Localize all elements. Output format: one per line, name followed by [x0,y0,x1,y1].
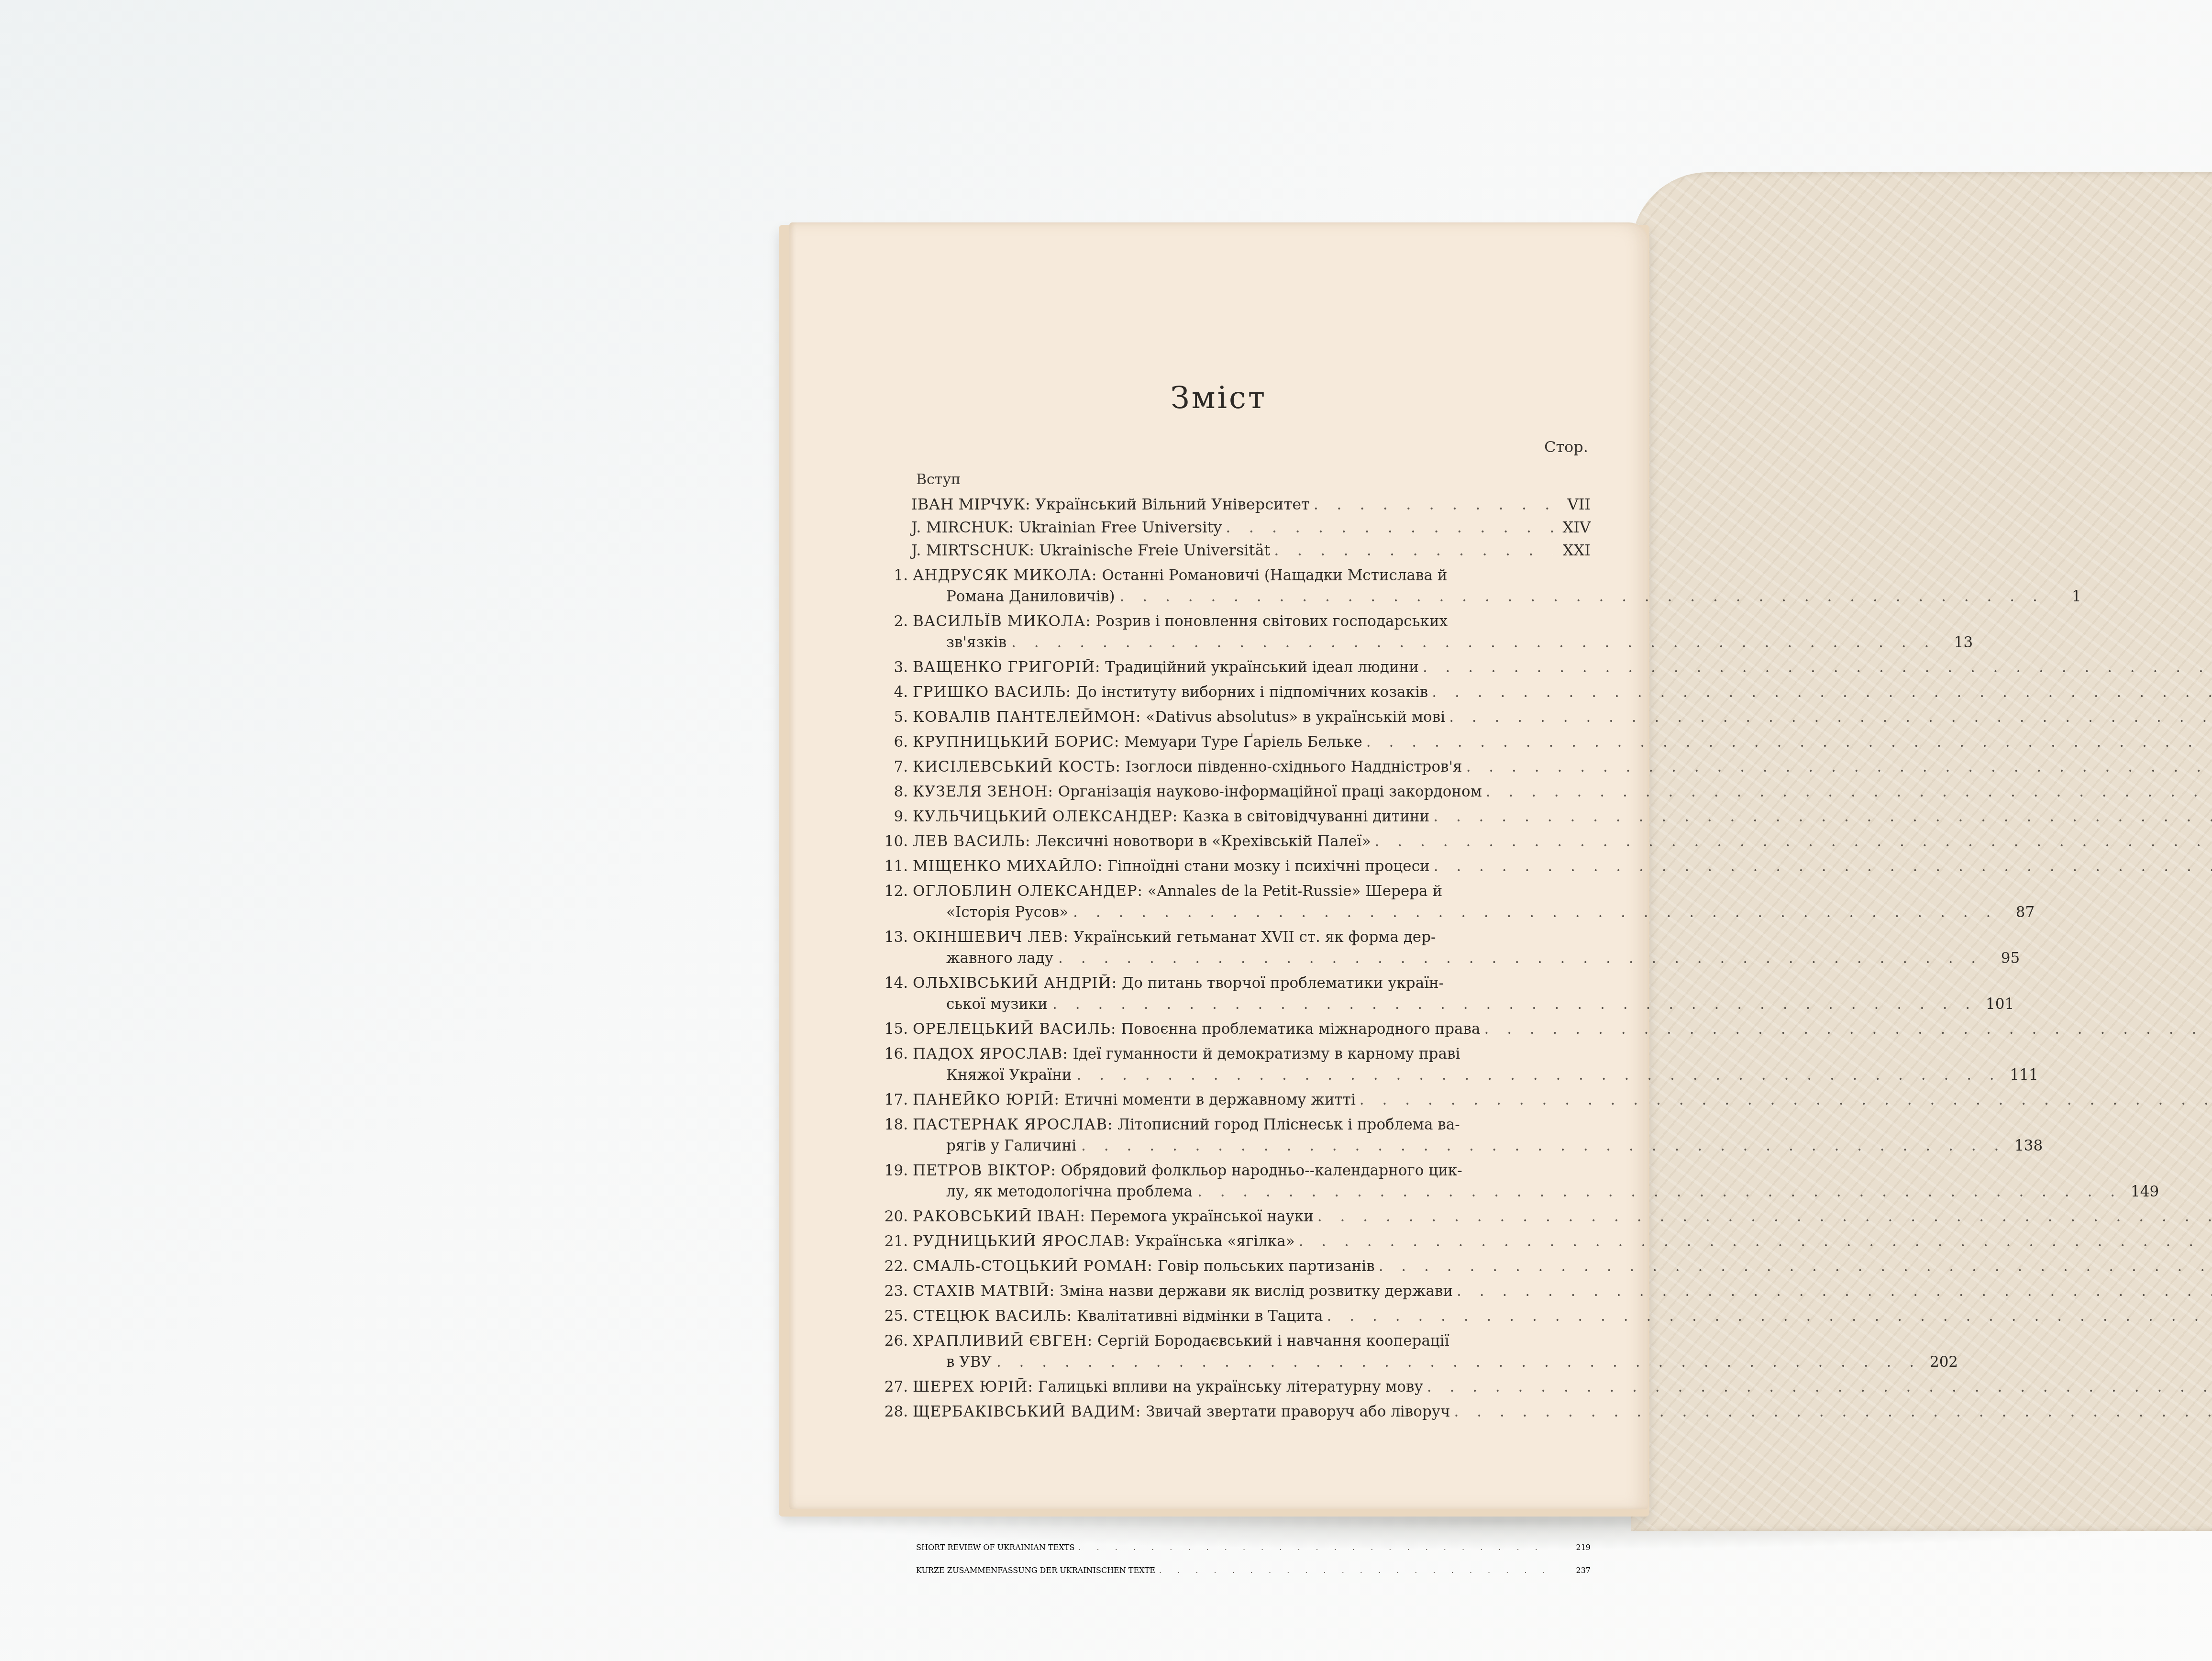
page-number: 219 [1557,1543,1591,1552]
front-matter: ІВАН МІРЧУК: Український Вільний Універс… [911,495,1591,564]
entry-title: Українська «ягілка» [1135,1233,1295,1250]
page-number: XXI [1557,541,1591,559]
entry-number: 4. [875,684,913,705]
entry-number: 15. [875,1020,913,1041]
entry-author: СТАХІВ МАТВІЙ: [913,1283,1055,1300]
entry-title: Звичай звертати праворуч або ліворуч [1146,1403,1450,1420]
entry-title: Галицькі впливи на українську літературн… [1038,1378,1423,1395]
page-number: 95 [1986,950,2020,971]
entry-title: Квалітативні відмінки в Тацита [1077,1307,1323,1325]
entry-author: ВАЩЕНКО ГРИГОРІЙ: [913,659,1101,676]
page-number: 13 [1939,634,1973,655]
entry-number: 26. [875,1332,913,1374]
entry-title: Український гетьманат XVII ст. як форма … [1073,929,1436,946]
entry-title-cont: в УВУ [946,1353,992,1374]
toc-entry[interactable]: 28.ЩЕРБАКІВСЬКИЙ ВАДИМ: Звичай звертати … [875,1403,1591,1424]
entry-author: СТЕЦЮК ВАСИЛЬ: [913,1307,1072,1325]
back-matter: SHORT REVIEW OF UKRAINIAN TEXTS . . . . … [916,1543,1591,1589]
page-column-label: Стор. [1544,438,1588,456]
entry-author: РУДНИЦЬКИЙ ЯРОСЛАВ: [913,1233,1130,1250]
entry-title: Останні Романовичі (Нащадки Мстислава й [1102,567,1447,584]
entry-number: 6. [875,733,913,754]
page-number: 101 [1980,996,2014,1017]
entry-title-cont: ської музики [946,996,1048,1017]
toc-back-item[interactable]: SHORT REVIEW OF UKRAINIAN TEXTS . . . . … [916,1543,1591,1566]
page-number: VII [1557,495,1591,513]
entry-number: 7. [875,758,913,779]
page-number: 202 [1924,1353,1958,1374]
toc-entry[interactable]: 22.СМАЛЬ-СТОЦЬКИЙ РОМАН: Говір польських… [875,1258,1591,1279]
entry-title: Зміна назви держави як вислід розвитку д… [1060,1283,1453,1300]
entry-title: Говір польських партизанів [1158,1258,1375,1275]
entry-title-cont: «Історія Русов» [946,904,1068,925]
entry-author: РАКОВСЬКИЙ ІВАН: [913,1208,1085,1225]
entry-title: До питань творчої проблематики україн- [1122,974,1444,992]
entry-author: АНДРУСЯК МИКОЛА: [913,567,1097,584]
entry-number: 20. [875,1208,913,1229]
entry-number: 23. [875,1283,913,1304]
entry-author: ПАДОХ ЯРОСЛАВ: [913,1045,1068,1063]
toc-entry[interactable]: 19.ПЕТРОВ ВІКТОР: Обрядовий фолкльор нар… [875,1162,1591,1204]
entry-number: 19. [875,1162,913,1204]
toc-entry[interactable]: 7.КИСІЛЕВСЬКИЙ КОСТЬ: Ізоглоси південно-… [875,758,1591,779]
toc-front-item[interactable]: J. MIRCHUK: Ukrainian Free University . … [911,518,1591,541]
toc-entry[interactable]: 25.СТЕЦЮК ВАСИЛЬ: Квалітативні відмінки … [875,1307,1591,1329]
entry-author: ГРИШКО ВАСИЛЬ: [913,684,1071,701]
entry-number: 13. [875,929,913,971]
entry-title: До інституту виборних і підпомічних коза… [1076,684,1428,701]
entry-number: 11. [875,858,913,879]
entry-number: 16. [875,1045,913,1087]
entry-title: «Dativus absolutus» в українській мові [1146,709,1445,726]
contents-page: Зміст Стор. Вступ ІВАН МІРЧУК: Українськ… [789,222,1648,1509]
entry-number: 21. [875,1233,913,1254]
page-number: 237 [1557,1566,1591,1575]
entry-author: ОГЛОБЛИН ОЛЕКСАНДЕР: [913,883,1143,900]
toc-entry[interactable]: 4.ГРИШКО ВАСИЛЬ: До інституту виборних і… [875,684,1591,705]
entry-author: КРУПНИЦЬКИЙ БОРИС: [913,733,1119,751]
entry-author: ПЕТРОВ ВІКТОР: [913,1162,1056,1179]
page-number: 149 [2125,1183,2159,1204]
entry-author: ПАСТЕРНАК ЯРОСЛАВ: [913,1116,1113,1133]
entry-number: 22. [875,1258,913,1279]
entry-title: Гіпноїдні стани мозку і психічні процеси [1107,858,1429,875]
entry-title: Повоєнна проблематика міжнародного права [1121,1020,1480,1038]
entry-author: КИСІЛЕВСЬКИЙ КОСТЬ: [913,758,1121,775]
entry-author: ХРАПЛИВИЙ ЄВГЕН: [913,1332,1093,1350]
entry-number: 2. [875,613,913,655]
entry-number: 9. [875,808,913,829]
toc-entry[interactable]: 15.ОРЕЛЕЦЬКИЙ ВАСИЛЬ: Повоєнна проблемат… [875,1020,1591,1041]
page-number: 1 [2048,588,2081,609]
entry-number: 18. [875,1116,913,1158]
entry-title-cont: жавного ладу [946,950,1053,971]
page-number: 87 [2001,904,2035,925]
toc-entry[interactable]: 3.ВАЩЕНКО ГРИГОРІЙ: Традиційний українсь… [875,659,1591,680]
entry-number: 5. [875,709,913,730]
page-number: XIV [1557,518,1591,536]
toc-entry[interactable]: 21.РУДНИЦЬКИЙ ЯРОСЛАВ: Українська «ягілк… [875,1233,1591,1254]
entry-title: Перемога української науки [1090,1208,1314,1225]
toc-entry[interactable]: 20.РАКОВСЬКИЙ ІВАН: Перемога української… [875,1208,1591,1229]
entry-title: Традиційний український ідеал людини [1105,659,1419,676]
toc-entry[interactable]: 23.СТАХІВ МАТВІЙ: Зміна назви держави як… [875,1283,1591,1304]
entry-number: 14. [875,974,913,1017]
entry-author: СМАЛЬ-СТОЦЬКИЙ РОМАН: [913,1258,1153,1275]
entry-title: Обрядовий фолкльор народньо--календарног… [1061,1162,1462,1179]
toc-entry[interactable]: 9.КУЛЬЧИЦЬКИЙ ОЛЕКСАНДЕР: Казка в світов… [875,808,1591,829]
entry-title: Лексичні новотвори в «Крехівській Палеї» [1035,833,1371,850]
entry-title: Розрив і поновлення світових господарськ… [1095,613,1448,630]
entry-title-cont: рягів у Галичині [946,1137,1076,1158]
entry-author: ВАСИЛЬЇВ МИКОЛА: [913,613,1091,630]
entry-author: КОВАЛІВ ПАНТЕЛЕЙМОН: [913,709,1141,726]
entry-title-cont: зв'язків [946,634,1006,655]
toc-front-item[interactable]: J. MIRTSCHUK: Ukrainische Freie Universi… [911,541,1591,564]
entry-title-cont: Княжої України [946,1066,1072,1087]
intro-label: Вступ [916,471,961,488]
entry-author: КУЛЬЧИЦЬКИЙ ОЛЕКСАНДЕР: [913,808,1178,825]
toc-entry[interactable]: 16.ПАДОХ ЯРОСЛАВ: Ідеї гуманности й демо… [875,1045,1591,1087]
entry-author: ЛЕВ ВАСИЛЬ: [913,833,1030,850]
entry-author: МІЩЕНКО МИХАЙЛО: [913,858,1103,875]
entry-number: 27. [875,1378,913,1399]
toc-front-item[interactable]: ІВАН МІРЧУК: Український Вільний Універс… [911,495,1591,518]
toc-entry[interactable]: 6.КРУПНИЦЬКИЙ БОРИС: Мемуари Туре Ґаріел… [875,733,1591,754]
entry-author: ОЛЬХІВСЬКИЙ АНДРІЙ: [913,974,1117,992]
toc-entry[interactable]: 14.ОЛЬХІВСЬКИЙ АНДРІЙ: До питань творчої… [875,974,1591,1017]
toc-entry[interactable]: 13.ОКІНШЕВИЧ ЛЕВ: Український гетьманат … [875,929,1591,971]
toc-entry[interactable]: 5.КОВАЛІВ ПАНТЕЛЕЙМОН: «Dativus absolutu… [875,709,1591,730]
entry-number: 25. [875,1307,913,1329]
page-number: 111 [2005,1066,2038,1087]
toc-entry[interactable]: 26.ХРАПЛИВИЙ ЄВГЕН: Сергій Бородаєвський… [875,1332,1591,1374]
page-title: Зміст [789,380,1648,416]
entry-number: 28. [875,1403,913,1424]
toc-back-item[interactable]: KURZE ZUSAMMENFASSUNG DER UKRAINISCHEN T… [916,1566,1591,1589]
entry-author: ОРЕЛЕЦЬКИЙ ВАСИЛЬ: [913,1020,1116,1038]
entry-title: Казка в світовідчуванні дитини [1183,808,1429,825]
entry-number: 8. [875,783,913,804]
entry-number: 10. [875,833,913,854]
toc-entry[interactable]: 12.ОГЛОБЛИН ОЛЕКСАНДЕР: «Annales de la P… [875,883,1591,925]
entry-title: Літописний город Пліснеськ і проблема ва… [1117,1116,1460,1133]
toc-entry[interactable]: 8.КУЗЕЛЯ ЗЕНОН: Організація науково-інфо… [875,783,1591,804]
toc-entry[interactable]: 10.ЛЕВ ВАСИЛЬ: Лексичні новотвори в «Кре… [875,833,1591,854]
toc-entry[interactable]: 11.МІЩЕНКО МИХАЙЛО: Гіпноїдні стани мозк… [875,858,1591,879]
entry-number: 12. [875,883,913,925]
entry-title: Організація науково-інформаційної праці … [1058,783,1482,800]
toc-entry[interactable]: 27.ШЕРЕХ ЮРІЙ: Галицькі впливи на україн… [875,1378,1591,1399]
entry-author: ПАНЕЙКО ЮРІЙ: [913,1091,1060,1108]
toc-entry[interactable]: 17.ПАНЕЙКО ЮРІЙ: Етичні моменти в держав… [875,1091,1591,1112]
entry-title-cont: Романа Даниловичів) [946,588,1115,609]
entry-title: «Annales de la Petit-Russie» Шерера й [1148,883,1442,900]
entry-number: 1. [875,567,913,609]
page-number: 138 [2009,1137,2043,1158]
entry-number: 17. [875,1091,913,1112]
toc-entry[interactable]: 2.ВАСИЛЬЇВ МИКОЛА: Розрив і поновлення с… [875,613,1591,655]
entry-title: Ідеї гуманности й демократизму в карному… [1073,1045,1460,1063]
entry-number: 3. [875,659,913,680]
entry-title: Етичні моменти в державному житті [1064,1091,1356,1108]
entry-author: ОКІНШЕВИЧ ЛЕВ: [913,929,1069,946]
entry-title: Ізоглоси південно-східнього Наддністров'… [1126,758,1462,775]
toc-entry[interactable]: 1.АНДРУСЯК МИКОЛА: Останні Романовичі (Н… [875,567,1591,609]
entry-title: Сергій Бородаєвський і навчання кооперац… [1097,1332,1449,1350]
entry-title: Мемуари Туре Ґаріель Бельке [1124,733,1362,751]
toc-list: 1.АНДРУСЯК МИКОЛА: Останні Романовичі (Н… [875,567,1591,1428]
entry-title-cont: лу, як методологічна проблема [946,1183,1193,1204]
entry-author: ШЕРЕХ ЮРІЙ: [913,1378,1033,1395]
entry-author: КУЗЕЛЯ ЗЕНОН: [913,783,1053,800]
toc-entry[interactable]: 18.ПАСТЕРНАК ЯРОСЛАВ: Літописний город П… [875,1116,1591,1158]
entry-author: ЩЕРБАКІВСЬКИЙ ВАДИМ: [913,1403,1141,1420]
